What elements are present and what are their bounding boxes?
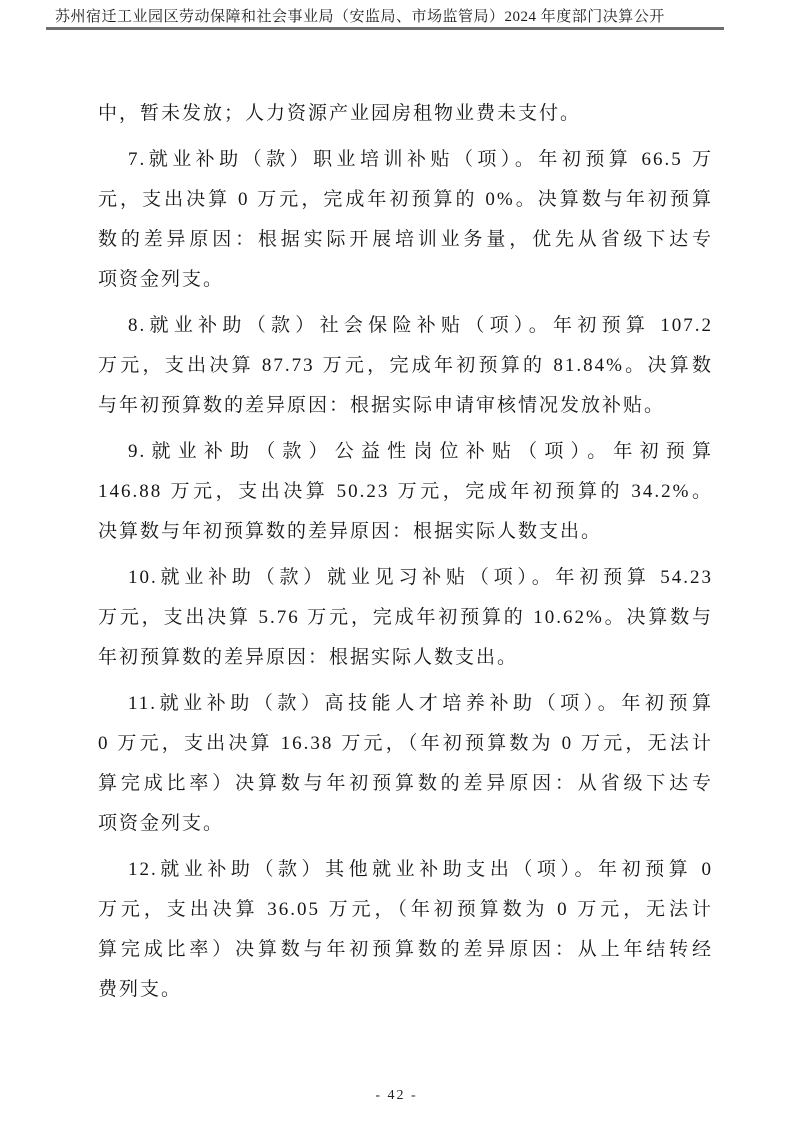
text-line: 年初预算数的差异原因：根据实际人数支出。 [98,638,713,678]
document-body: 中，暂未发放；人力资源产业园房租物业费未支付。7.就业补助（款）职业培训补贴（项… [98,94,713,1010]
page-footer: - 42 - [0,1086,793,1104]
paragraph: 12.就业补助（款）其他就业补助支出（项）。年初预算 0万元，支出决算 36.0… [98,850,713,1010]
text-line: 中，暂未发放；人力资源产业园房租物业费未支付。 [98,94,713,134]
text-line: 10.就业补助（款）就业见习补贴（项）。年初预算 54.23 [98,558,713,598]
paragraph: 8.就业补助（款）社会保险补贴（项）。年初预算 107.2万元，支出决算 87.… [98,306,713,426]
text-line: 9.就业补助（款）公益性岗位补贴（项）。年初预算 [98,432,713,472]
text-line: 数的差异原因：根据实际开展培训业务量，优先从省级下达专 [98,220,713,260]
text-line: 146.88 万元，支出决算 50.23 万元，完成年初预算的 34.2%。 [98,472,713,512]
text-line: 11.就业补助（款）高技能人才培养补助（项）。年初预算 [98,684,713,724]
text-line: 万元，支出决算 36.05 万元，（年初预算数为 0 万元，无法计 [98,890,713,930]
text-line: 万元，支出决算 5.76 万元，完成年初预算的 10.62%。决算数与 [98,598,713,638]
text-line: 项资金列支。 [98,260,713,300]
text-line: 元，支出决算 0 万元，完成年初预算的 0%。决算数与年初预算 [98,180,713,220]
paragraph: 7.就业补助（款）职业培训补贴（项）。年初预算 66.5 万元，支出决算 0 万… [98,140,713,300]
text-line: 0 万元，支出决算 16.38 万元，（年初预算数为 0 万元，无法计 [98,724,713,764]
text-line: 算完成比率）决算数与年初预算数的差异原因：从上年结转经 [98,930,713,970]
paragraph: 11.就业补助（款）高技能人才培养补助（项）。年初预算0 万元，支出决算 16.… [98,684,713,844]
page-number: - 42 - [375,1088,417,1103]
text-line: 费列支。 [98,970,713,1010]
header-divider [46,27,724,30]
text-line: 算完成比率）决算数与年初预算数的差异原因：从省级下达专 [98,764,713,804]
text-line: 8.就业补助（款）社会保险补贴（项）。年初预算 107.2 [98,306,713,346]
page-header-title: 苏州宿迁工业园区劳动保障和社会事业局（安监局、市场监管局）2024 年度部门决算… [55,9,755,26]
text-line: 决算数与年初预算数的差异原因：根据实际人数支出。 [98,512,713,552]
paragraph: 中，暂未发放；人力资源产业园房租物业费未支付。 [98,94,713,134]
text-line: 7.就业补助（款）职业培训补贴（项）。年初预算 66.5 万 [98,140,713,180]
text-line: 项资金列支。 [98,804,713,844]
text-line: 万元，支出决算 87.73 万元，完成年初预算的 81.84%。决算数 [98,346,713,386]
paragraph: 10.就业补助（款）就业见习补贴（项）。年初预算 54.23万元，支出决算 5.… [98,558,713,678]
text-line: 12.就业补助（款）其他就业补助支出（项）。年初预算 0 [98,850,713,890]
text-line: 与年初预算数的差异原因：根据实际申请审核情况发放补贴。 [98,386,713,426]
paragraph: 9.就业补助（款）公益性岗位补贴（项）。年初预算146.88 万元，支出决算 5… [98,432,713,552]
document-page: 苏州宿迁工业园区劳动保障和社会事业局（安监局、市场监管局）2024 年度部门决算… [0,0,793,1122]
